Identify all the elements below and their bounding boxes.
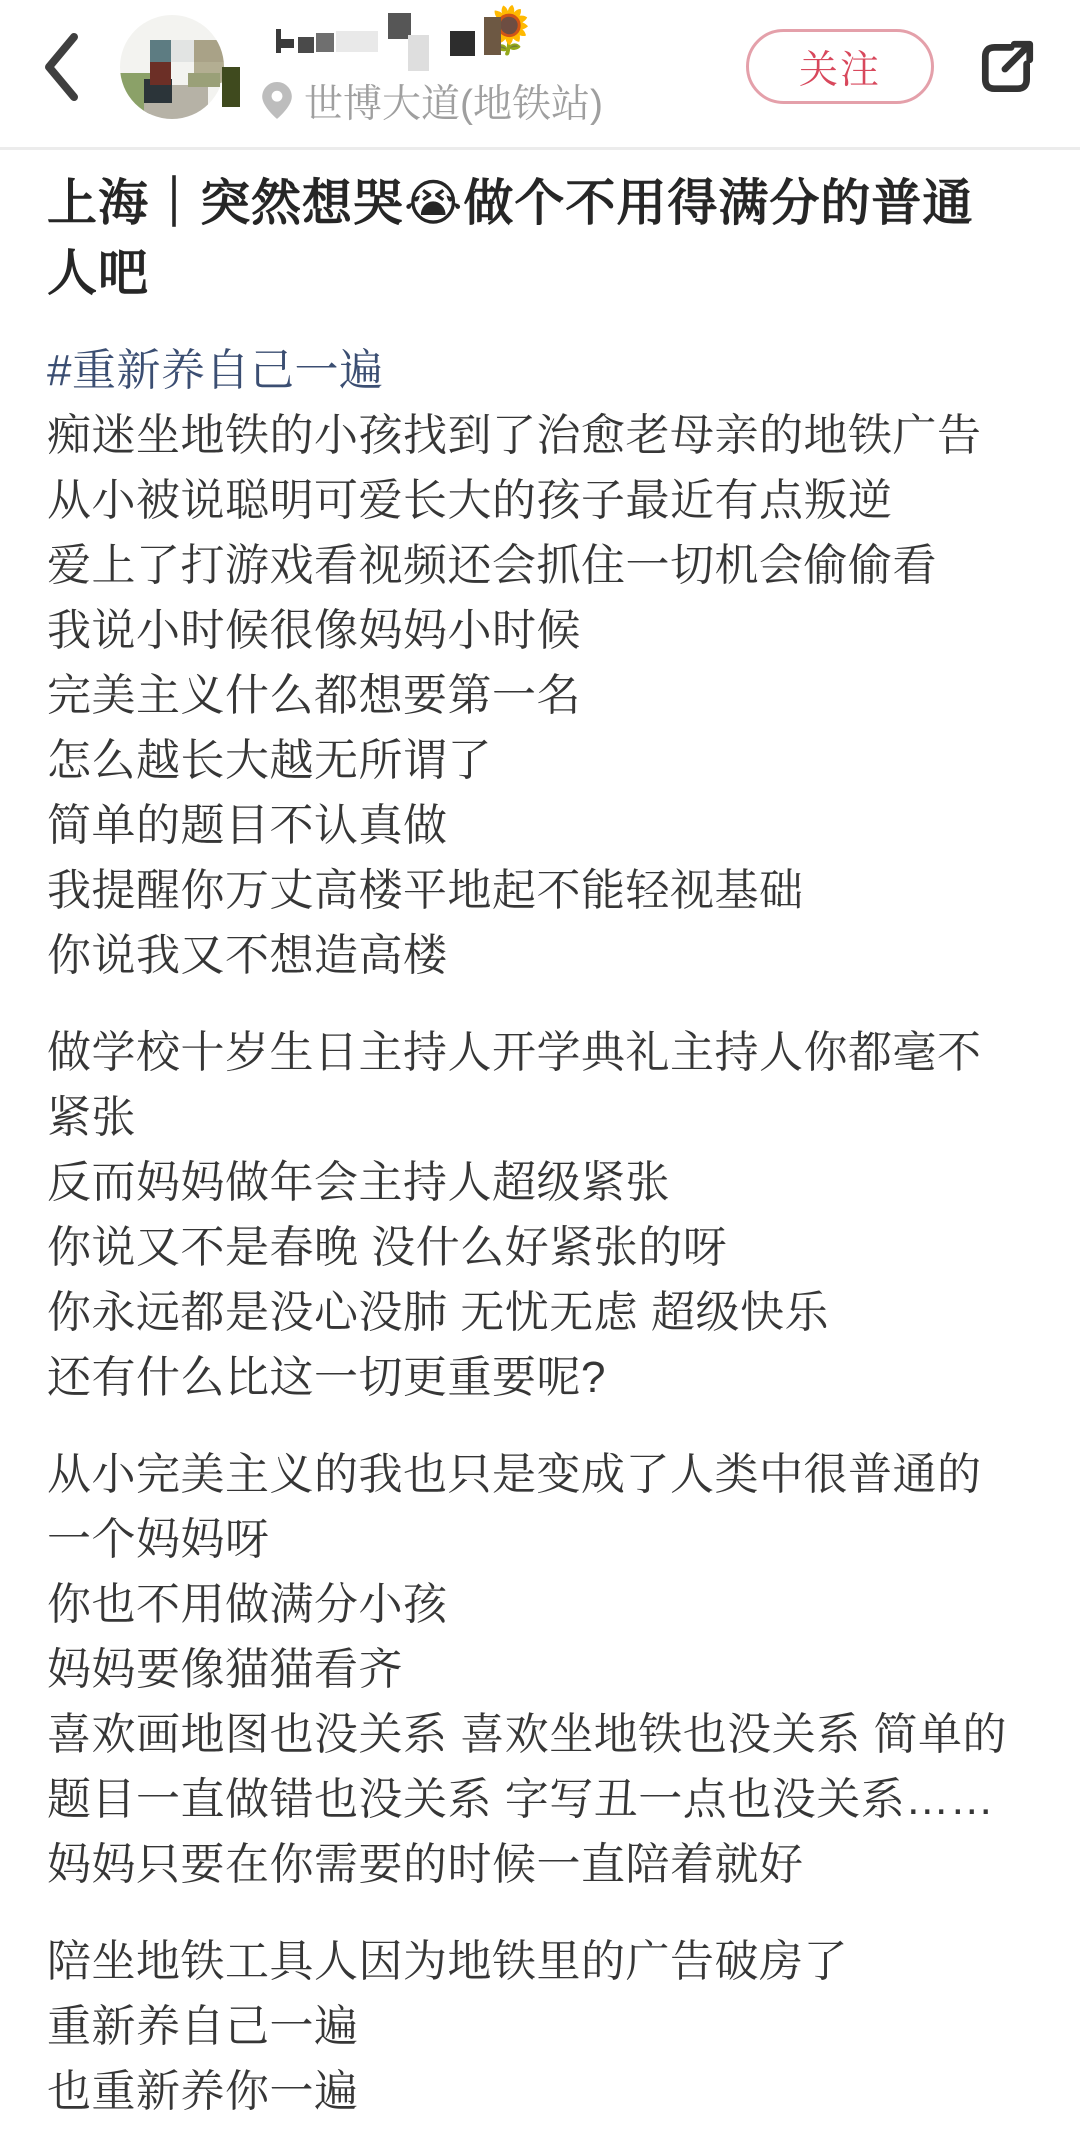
- body-line: 你也不用做满分小孩: [47, 1572, 1033, 1637]
- location-label: 世博大道(地铁站): [304, 73, 603, 129]
- body-line: 反而妈妈做年会主持人超级紧张: [47, 1150, 1033, 1215]
- body-line: 简单的题目不认真做: [47, 793, 1033, 858]
- pixel-block: [298, 37, 314, 53]
- pixel-block: [150, 40, 172, 62]
- pixel-block: [171, 40, 194, 62]
- body-line: 痴迷坐地铁的小孩找到了治愈老母亲的地铁广告: [47, 403, 1033, 468]
- body-line: 重新养自己一遍: [47, 1994, 1033, 2059]
- body-line: 还有什么比这一切更重要呢?: [47, 1345, 1033, 1410]
- pixel-block: [336, 31, 378, 52]
- body-line: 你说又不是春晚 没什么好紧张的呀: [47, 1215, 1033, 1280]
- pixel-block: [280, 39, 294, 48]
- user-info[interactable]: 🌻 世博大道(地铁站): [262, 5, 746, 129]
- body-line: 喜欢画地图也没关系 喜欢坐地铁也没关系 简单的: [47, 1702, 1033, 1767]
- hashtag-link[interactable]: #重新养自己一遍: [47, 338, 1033, 403]
- title-line: 人吧: [47, 238, 1033, 308]
- username-redacted: 🌻: [262, 5, 746, 67]
- paragraph: 陪坐地铁工具人因为地铁里的广告破房了 重新养自己一遍 也重新养你一遍: [47, 1929, 1033, 2124]
- body-line: 怎么越长大越无所谓了: [47, 728, 1033, 793]
- body-line: 陪坐地铁工具人因为地铁里的广告破房了: [47, 1929, 1033, 1994]
- body-line: 你说我又不想造高楼: [47, 923, 1033, 988]
- body-line: 紧张: [47, 1085, 1033, 1150]
- pixel-block: [188, 73, 220, 87]
- avatar-image-pixelated: [120, 15, 224, 119]
- share-icon: [976, 36, 1038, 98]
- body-line: 做学校十岁生日主持人开学典礼主持人你都毫不: [47, 1020, 1033, 1085]
- pixel-block: [450, 31, 475, 56]
- pixel-block-overflow: [222, 67, 240, 107]
- body-line: 题目一直做错也没关系 字写丑一点也没关系……: [47, 1767, 1033, 1832]
- paragraph: #重新养自己一遍 痴迷坐地铁的小孩找到了治愈老母亲的地铁广告 从小被说聪明可爱长…: [47, 338, 1033, 988]
- paragraph: 从小完美主义的我也只是变成了人类中很普通的 一个妈妈呀 你也不用做满分小孩 妈妈…: [47, 1442, 1033, 1897]
- body-line: 完美主义什么都想要第一名: [47, 663, 1033, 728]
- paragraph: 做学校十岁生日主持人开学典礼主持人你都毫不 紧张 反而妈妈做年会主持人超级紧张 …: [47, 1020, 1033, 1410]
- pixel-block: [408, 35, 429, 71]
- top-bar: 🌻 世博大道(地铁站) 关注: [0, 0, 1080, 147]
- body-line: 一个妈妈呀: [47, 1507, 1033, 1572]
- avatar[interactable]: [120, 15, 224, 119]
- body-line: 我说小时候很像妈妈小时候: [47, 598, 1033, 663]
- body-line: 爱上了打游戏看视频还会抓住一切机会偷偷看: [47, 533, 1033, 598]
- location-pin-icon: [262, 82, 292, 119]
- body-line: 妈妈要像猫猫看齐: [47, 1637, 1033, 1702]
- pixel-block: [194, 40, 224, 62]
- post-content: 上海｜突然想哭😭做个不用得满分的普通 人吧 #重新养自己一遍 痴迷坐地铁的小孩找…: [0, 150, 1080, 2124]
- chevron-left-icon: [42, 31, 80, 103]
- body-line: 也重新养你一遍: [47, 2059, 1033, 2124]
- post-title: 上海｜突然想哭😭做个不用得满分的普通 人吧: [47, 168, 1033, 308]
- share-button[interactable]: [976, 36, 1038, 98]
- pixel-block: [150, 62, 171, 85]
- body-line: 我提醒你万丈高楼平地起不能轻视基础: [47, 858, 1033, 923]
- title-line: 上海｜突然想哭😭做个不用得满分的普通: [47, 168, 1033, 238]
- back-button[interactable]: [42, 31, 82, 103]
- body-line: 从小被说聪明可爱长大的孩子最近有点叛逆: [47, 468, 1033, 533]
- pixel-block: [316, 33, 334, 52]
- body-line: 妈妈只要在你需要的时候一直陪着就好: [47, 1832, 1033, 1897]
- body-line: 从小完美主义的我也只是变成了人类中很普通的: [47, 1442, 1033, 1507]
- pixel-block: [484, 17, 501, 55]
- follow-button[interactable]: 关注: [746, 29, 934, 104]
- body-line: 你永远都是没心没肺 无忧无虑 超级快乐: [47, 1280, 1033, 1345]
- location[interactable]: 世博大道(地铁站): [262, 73, 746, 129]
